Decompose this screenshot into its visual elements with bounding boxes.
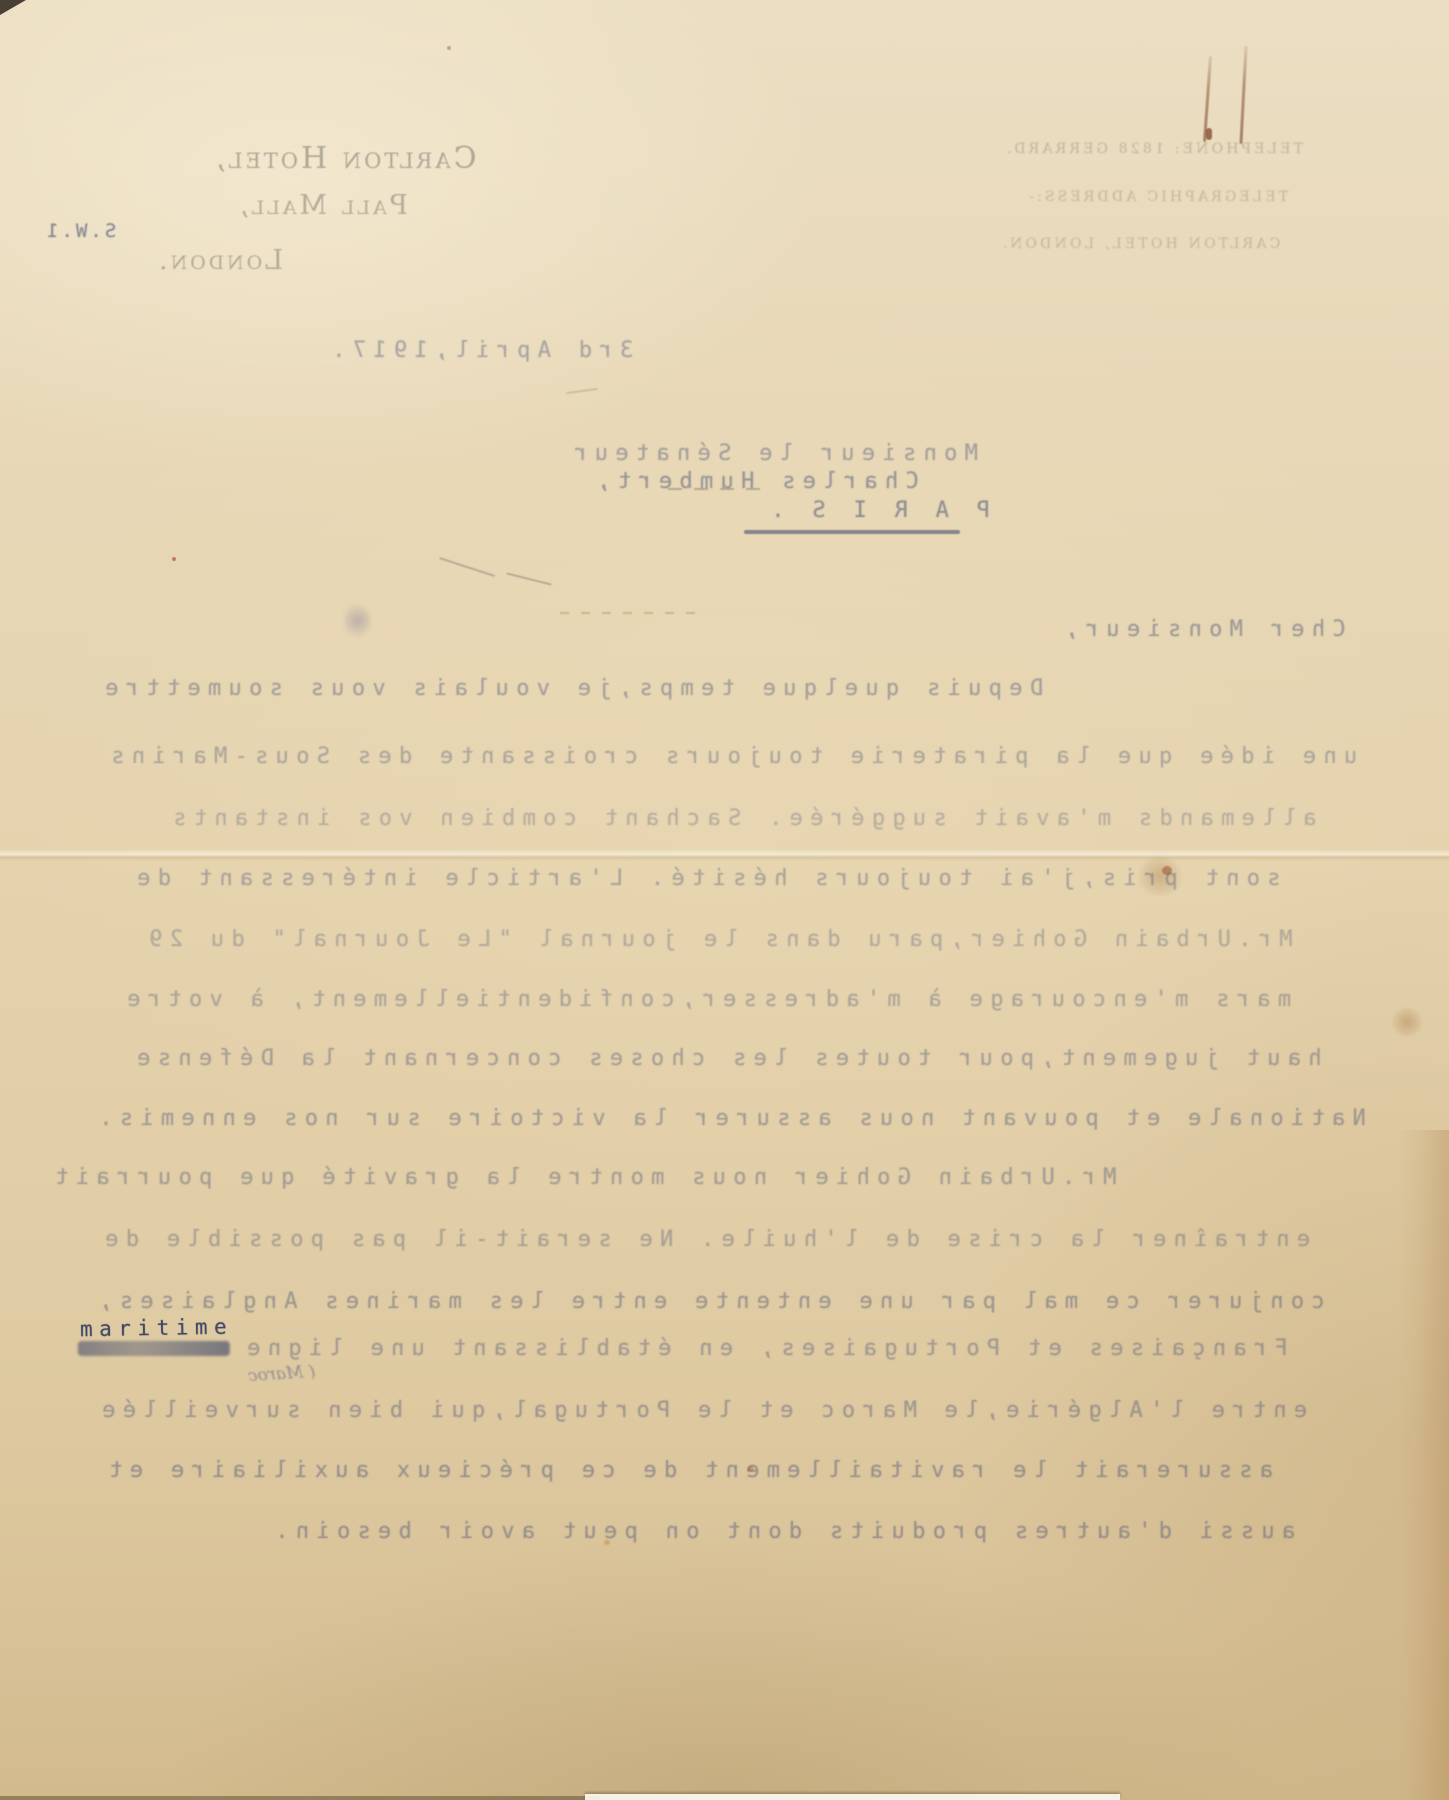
letter-page: Carlton Hotel, Pall Mall, S.W.1 London. … bbox=[0, 0, 1449, 1800]
recipient-title-line: Monsieur le Sénateur bbox=[567, 441, 978, 466]
paper-speck bbox=[172, 557, 176, 561]
recipient-name-line: Charles Humbert, bbox=[590, 469, 919, 494]
pencil-mark bbox=[439, 557, 495, 577]
body-line: entre l'Algérie,le Maroc et le Portugal,… bbox=[95, 1398, 1307, 1423]
paper-speck bbox=[447, 46, 451, 50]
body-line: haut jugement,pour toutes les choses con… bbox=[130, 1046, 1322, 1071]
body-line: entraîner la crise de l'huile. Ne serait… bbox=[98, 1227, 1310, 1252]
fold-crease bbox=[0, 849, 1449, 861]
body-line: Depuis quelque temps,je voulais vous sou… bbox=[98, 676, 1043, 701]
letterhead-street: Pall Mall, bbox=[237, 190, 408, 221]
body-line: une idée que la piraterie toujours crois… bbox=[104, 744, 1357, 769]
stain bbox=[1392, 1008, 1422, 1036]
bottom-edge-sliver bbox=[585, 1794, 1120, 1800]
ink-scratch-mark bbox=[1239, 46, 1247, 144]
pencil-mark bbox=[506, 572, 551, 585]
telephone-line: TELEPHONE: 1828 GERRARD. bbox=[1004, 138, 1303, 157]
body-line: assurerait le ravitaillement de ce préci… bbox=[102, 1458, 1273, 1483]
body-line: Nationale et pouvant nous assurer la vic… bbox=[92, 1106, 1366, 1131]
handwritten-insertion: ( Maroc bbox=[247, 1362, 316, 1387]
letterhead-postal-code: S.W.1 bbox=[44, 220, 116, 242]
right-edge-stain bbox=[1397, 1130, 1449, 1800]
telegraphic-label: TELEGRAPHIC ADDRESS:- bbox=[1026, 186, 1288, 205]
body-line-with-correction: Françaises et Portugaises, en établissan… bbox=[78, 1336, 1288, 1361]
body-line: conjurer ce mal par une entente entre le… bbox=[92, 1289, 1325, 1314]
body-line: allemands m'avait suggérée. Sachant comb… bbox=[166, 806, 1317, 831]
ink-smudge bbox=[344, 604, 371, 637]
body-line: mars m'encourage à m'adresser,confidenti… bbox=[120, 987, 1291, 1012]
date-line: 3rd April,1917. bbox=[325, 338, 633, 363]
body-line: Mr.Urbain Gohier,paru dans le journal "L… bbox=[142, 927, 1293, 952]
correction-word: maritime bbox=[80, 1315, 234, 1342]
salutation: Cher Monsieur, bbox=[1058, 617, 1346, 642]
bottom-edge-shadow bbox=[0, 1796, 600, 1800]
letterhead-hotel-name: Carlton Hotel, bbox=[213, 141, 477, 176]
corner-tear-mark bbox=[0, 0, 26, 15]
recipient-underline bbox=[744, 530, 960, 534]
pencil-dashes bbox=[560, 612, 696, 614]
recipient-city-line: P A R I S . bbox=[764, 498, 990, 523]
struck-out-word bbox=[78, 1341, 230, 1356]
letterhead-city: London. bbox=[156, 245, 283, 276]
body-line: sont pris,j'ai toujours hésité. L'articl… bbox=[130, 866, 1281, 891]
telegraphic-address: CARLTON HOTEL, LONDON. bbox=[1000, 233, 1280, 252]
body-line: aussi d'autres produits dont on peut avo… bbox=[268, 1519, 1295, 1544]
body-line: Mr.Urbain Gohier nous montre la gravité … bbox=[48, 1165, 1116, 1190]
pencil-mark bbox=[566, 388, 598, 394]
